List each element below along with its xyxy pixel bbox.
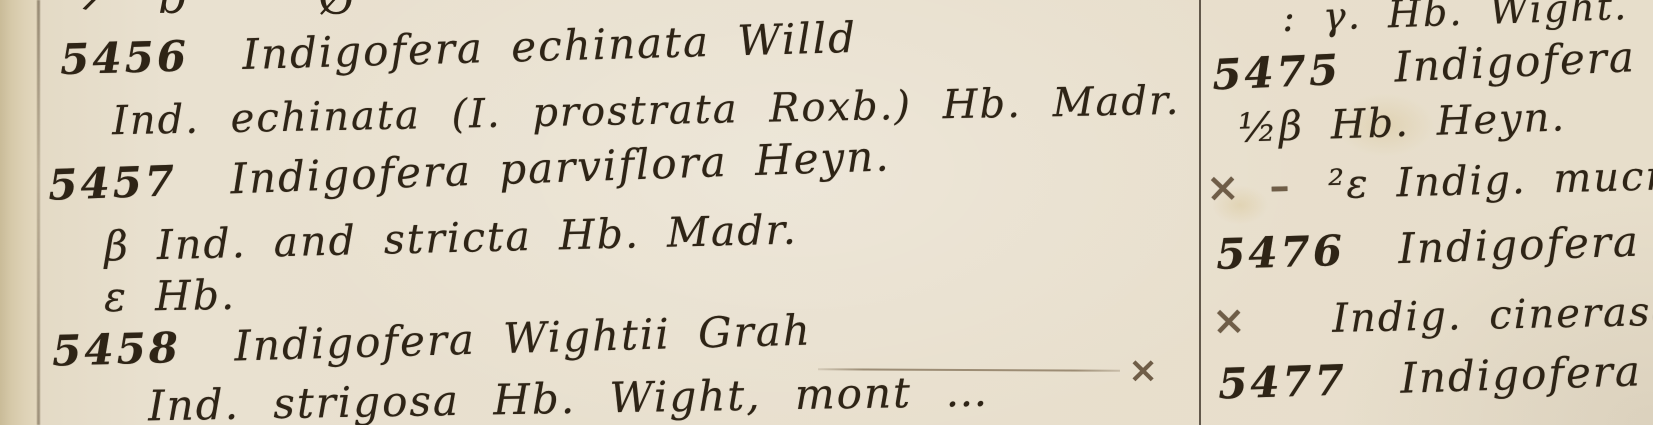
clipped-stroke-fragment: /: [84, 0, 115, 21]
clipped-letter-fragment: b: [158, 0, 187, 24]
margin-x-mark: ×: [1212, 297, 1248, 345]
margin-x-mark: ×: [1128, 350, 1158, 391]
synonym-note-5458: Ind. strigosa Hb. Wight, mont …: [148, 367, 990, 425]
variety-note-epsilon: ε Hb.: [104, 271, 237, 321]
page-fold-crease: [37, 0, 40, 425]
entry-number: 5456: [59, 32, 189, 85]
species-name: Indigofera parviflora Heyn.: [230, 131, 892, 203]
circled-annotation-mark: Ø: [318, 0, 354, 25]
species-name: Indigofera Wightii Grah: [234, 305, 813, 370]
variety-note-beta: β Ind. and stricta Hb. Madr.: [104, 206, 799, 271]
column-divider-rule: [1199, 0, 1201, 425]
variety-note-beta-5475: ½β Hb. Heyn.: [1237, 94, 1567, 151]
margin-x-mark: × –: [1205, 162, 1292, 211]
catalog-entry-5475: 5475 Indigofera fl: [1211, 29, 1653, 99]
entry-number: 5477: [1217, 356, 1347, 409]
previous-page-edge: [0, 0, 38, 425]
entry-number: 5458: [51, 323, 181, 376]
annotation-text: Indig. cinerascen: [1332, 288, 1653, 342]
species-name: Indigofera b: [1400, 344, 1653, 402]
annotation-text: ²ε Indig. mucro: [1328, 153, 1653, 209]
species-name: Indigofera fl: [1393, 29, 1653, 91]
entry-number: 5457: [47, 156, 178, 209]
catalog-entry-5477: 5477 Indigofera b: [1217, 344, 1653, 408]
right-column-line-mucro: × – ²ε Indig. mucro: [1205, 152, 1653, 212]
right-column-line-cinerascen: × Indig. cinerascen: [1212, 287, 1653, 345]
entry-number: 5475: [1211, 45, 1342, 100]
synonym-note-5456: Ind. echinata (I. prostrata Roxb.) Hb. M…: [112, 78, 1181, 145]
catalog-entry-5476: 5476 Indigofera ve: [1215, 214, 1653, 279]
species-name: Indigofera ve: [1398, 214, 1653, 273]
entry-number: 5476: [1215, 226, 1345, 279]
manuscript-page-scan: / b Ø 5456 Indigofera echinata Willd Ind…: [0, 0, 1653, 425]
